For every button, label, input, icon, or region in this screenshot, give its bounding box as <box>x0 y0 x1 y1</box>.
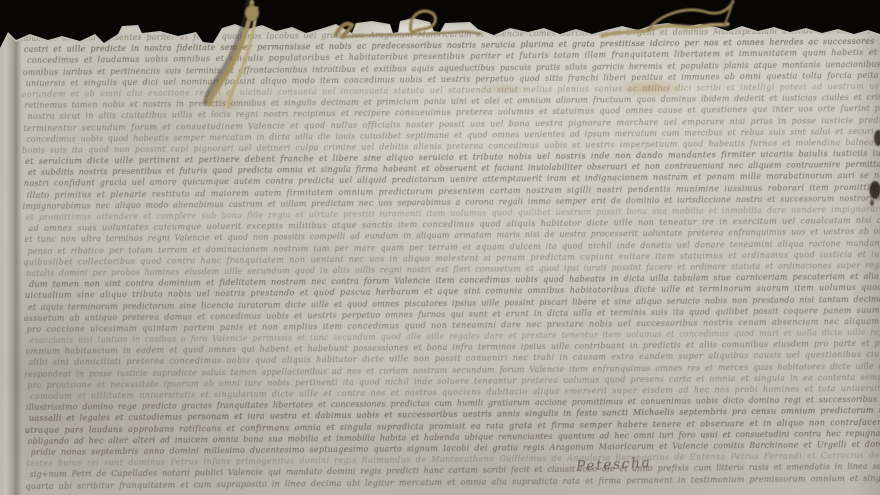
page-left-fold-edge <box>0 0 22 495</box>
parchment-wrap: nouerint uniuersi presentes pariter et f… <box>0 0 880 495</box>
parchment-page: nouerint uniuersi presentes pariter et f… <box>0 0 880 495</box>
manuscript-photograph: nouerint uniuersi presentes pariter et f… <box>0 0 880 495</box>
right-edge-shade <box>852 0 880 495</box>
handwritten-text-block: nouerint uniuersi presentes pariter et f… <box>21 24 880 491</box>
